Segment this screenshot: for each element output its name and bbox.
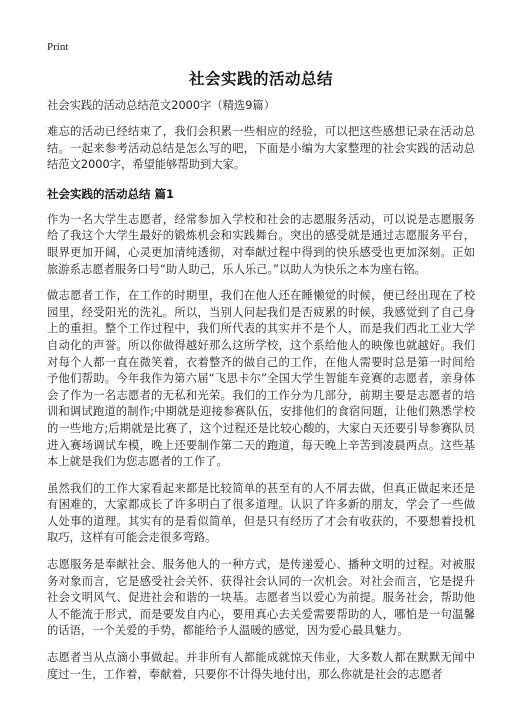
document-page: Print 社会实践的活动总结 社会实践的活动总结范文2000字（精选9篇） 难… <box>47 40 475 683</box>
section-heading: 社会实践的活动总结 篇1 <box>47 186 475 202</box>
body-paragraph: 做志愿者工作，在工作的时期里，我们在他人还在睡懒觉的时候，便已经出现在了校园里，… <box>47 288 475 471</box>
body-paragraph: 志愿服务是奉献社会、服务他人的一种方式，是传递爱心、播种文明的过程。对被服务对象… <box>47 557 475 640</box>
section-1: 社会实践的活动总结 篇1 作为一名大学生志愿者，经常参加入学校和社会的志愿服务活… <box>47 186 475 683</box>
document-subtitle: 社会实践的活动总结范文2000字（精选9篇） <box>47 98 475 114</box>
intro-paragraph: 难忘的活动已经结束了，我们会积累一些相应的经验，可以把这些感想记录在活动总结。一… <box>47 124 475 174</box>
print-label: Print <box>47 40 475 54</box>
body-paragraph: 作为一名大学生志愿者，经常参加入学校和社会的志愿服务活动，可以说是志愿服务给了我… <box>47 212 475 278</box>
document-title: 社会实践的活动总结 <box>47 68 475 90</box>
body-paragraph: 虽然我们的工作大家看起来都是比较简单的甚至有的人不屑去做，但真正做起来还是有困难… <box>47 481 475 547</box>
body-paragraph: 志愿者当从点滴小事做起。并非所有人都能成就惊天伟业，大多数人都在默默无闻中度过一… <box>47 650 475 683</box>
